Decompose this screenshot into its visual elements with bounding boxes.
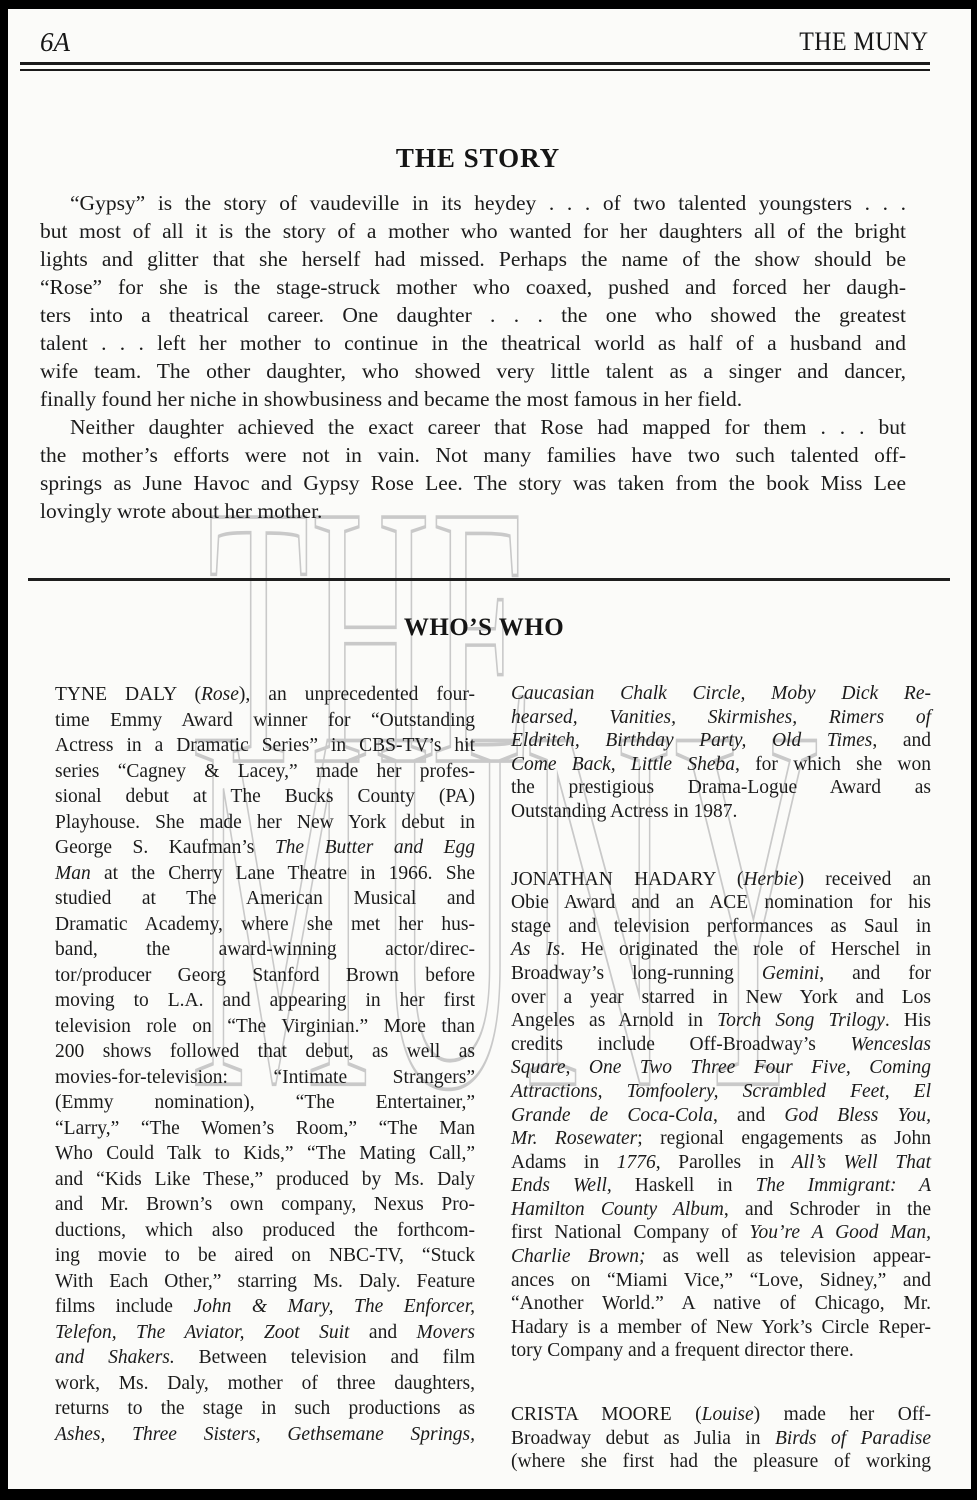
- text-segment: “Rose” for she is the stage-struck mothe…: [40, 275, 906, 299]
- text-segment: wife team. The other daughter, who showe…: [40, 359, 906, 383]
- text-line: With Each Other,” starring Ms. Daly. Fea…: [55, 1269, 475, 1295]
- text-line: tor/producer Georg Stanford Brown before: [55, 963, 475, 989]
- text-segment: studied at The American Musical and: [55, 888, 475, 909]
- text-line: “Rose” for she is the stage-struck mothe…: [40, 273, 906, 301]
- text-segment: time Emmy Award winner for “Outstanding: [55, 710, 475, 731]
- text-line: Square, One Two Three Four Five, Coming: [511, 1056, 931, 1080]
- text-line: Man at the Cherry Lane Theatre in 1966. …: [55, 861, 475, 887]
- text-line: the prestigious Drama-Logue Award as: [511, 776, 931, 800]
- text-segment: lovingly wrote about her mother.: [40, 499, 322, 523]
- text-segment: Dramatic Academy, where she met her hus-: [55, 914, 475, 935]
- text-line: springs as June Havoc and Gypsy Rose Lee…: [40, 469, 906, 497]
- text-line: Grande de Coca-Cola, and God Bless You,: [511, 1104, 931, 1128]
- text-segment: Playhouse. She made her New York debut i…: [55, 812, 475, 833]
- text-segment: Neither daughter achieved the exact care…: [70, 415, 906, 439]
- right-column: Caucasian Chalk Circle, Moby Dick Re-hea…: [511, 682, 931, 1474]
- text-segment: , and: [713, 1105, 784, 1126]
- italic-text-segment: Attractions, Tomfoolery, Scrambled Feet,…: [511, 1081, 931, 1102]
- text-line: Broadway’s long-running Gemini, and for: [511, 962, 931, 986]
- text-segment: Who Could Talk to Kids,” “The Mating Cal…: [55, 1143, 475, 1164]
- text-segment: “Gypsy” is the story of vaudeville in it…: [70, 191, 906, 215]
- text-segment: at the Cherry Lane Theatre in 1966. She: [91, 863, 475, 884]
- text-line: Ashes, Three Sisters, Gethsemane Springs…: [55, 1422, 475, 1448]
- text-line: Playhouse. She made her New York debut i…: [55, 810, 475, 836]
- text-segment: films include: [55, 1296, 193, 1317]
- italic-text-segment: Birds of Paradise: [775, 1428, 931, 1449]
- text-line: 200 shows followed that debut, as well a…: [55, 1039, 475, 1065]
- italic-text-segment: Gemini: [762, 963, 819, 984]
- bio-jonathan-hadary: JONATHAN HADARY (Herbie) received anObie…: [511, 868, 931, 1363]
- text-line: ing movie to be aired on NBC-TV, “Stuck: [55, 1243, 475, 1269]
- text-segment: the mother’s efforts were not in vain. N…: [40, 443, 906, 467]
- text-segment: Broadway’s long-running: [511, 963, 762, 984]
- text-line: ances on “Miami Vice,” “Love, Sidney,” a…: [511, 1269, 931, 1293]
- text-line: returns to the stage in such productions…: [55, 1396, 475, 1422]
- text-line: TYNE DALY (Rose), an unprecedented four-: [55, 682, 475, 708]
- text-line: Attractions, Tomfoolery, Scrambled Feet,…: [511, 1080, 931, 1104]
- text-line: “Another World.” A native of Chicago, Mr…: [511, 1292, 931, 1316]
- italic-text-segment: 1776: [617, 1152, 656, 1173]
- text-line: (where she first had the pleasure of wor…: [511, 1450, 931, 1474]
- text-line: moving to L.A. and appearing in her firs…: [55, 988, 475, 1014]
- text-line: stage and television performances as Sau…: [511, 915, 931, 939]
- text-line: time Emmy Award winner for “Outstanding: [55, 708, 475, 734]
- whos-who-columns: TYNE DALY (Rose), an unprecedented four-…: [55, 682, 931, 1474]
- text-line: sional debut at The Bucks County (PA): [55, 784, 475, 810]
- text-segment: , and: [872, 730, 931, 751]
- text-segment: ; regional engagements as John: [637, 1128, 931, 1149]
- text-line: Mr. Rosewater; regional engagements as J…: [511, 1127, 931, 1151]
- text-line: Caucasian Chalk Circle, Moby Dick Re-: [511, 682, 931, 706]
- text-segment: ters into a theatrical career. One daugh…: [40, 303, 906, 327]
- text-line: and Mr. Brown’s own company, Nexus Pro-: [55, 1192, 475, 1218]
- text-line: lights and glitter that she herself had …: [40, 245, 906, 273]
- text-line: Hamilton County Album, and Schroder in t…: [511, 1198, 931, 1222]
- italic-text-segment: The Butter and Egg: [275, 837, 475, 858]
- text-segment: band, the award-winning actor/direc-: [55, 939, 475, 960]
- text-line: Eldritch, Birthday Party, Old Times, and: [511, 729, 931, 753]
- italic-text-segment: and Shakers.: [55, 1347, 175, 1368]
- text-segment: TYNE DALY (: [55, 684, 201, 705]
- text-line: Hadary is a member of New York’s Circle …: [511, 1316, 931, 1340]
- text-segment: tor/producer Georg Stanford Brown before: [55, 965, 475, 986]
- italic-text-segment: Ashes, Three Sisters, Gethsemane Springs…: [55, 1424, 475, 1445]
- italic-text-segment: You’re A Good Man,: [749, 1222, 931, 1243]
- text-segment: Hadary is a member of New York’s Circle …: [511, 1317, 931, 1338]
- bio-tyne-daly: TYNE DALY (Rose), an unprecedented four-…: [55, 682, 475, 1447]
- text-line: first National Company of You’re A Good …: [511, 1221, 931, 1245]
- text-line: band, the award-winning actor/direc-: [55, 937, 475, 963]
- section-divider-rule: [28, 578, 950, 581]
- italic-text-segment: Movers: [417, 1322, 475, 1343]
- italic-text-segment: As Is: [511, 939, 560, 960]
- text-line: ductions, which also produced the forthc…: [55, 1218, 475, 1244]
- italic-text-segment: The Immigrant: A: [755, 1175, 931, 1196]
- text-line: “Larry,” “The Women’s Room,” “The Man: [55, 1116, 475, 1142]
- italic-text-segment: Eldritch, Birthday Party, Old Times: [511, 730, 872, 751]
- italic-text-segment: Wenceslas: [850, 1034, 931, 1055]
- text-segment: finally found her niche in showbusiness …: [40, 387, 742, 411]
- story-paragraph-2: Neither daughter achieved the exact care…: [40, 413, 906, 525]
- page-sheet: THE MUNY 6A THE MUNY THE STORY “Gypsy” i…: [8, 9, 971, 1489]
- text-segment: talent . . . left her mother to continue…: [40, 331, 906, 355]
- italic-text-segment: Torch Song Trilogy: [717, 1010, 885, 1031]
- text-line: ters into a theatrical career. One daugh…: [40, 301, 906, 329]
- text-segment: lights and glitter that she herself had …: [40, 247, 906, 271]
- text-segment: series “Cagney & Lacey,” made her profes…: [55, 761, 475, 782]
- text-segment: Obie Award and an ACE nomination for his: [511, 892, 931, 913]
- text-segment: Haskell in: [612, 1175, 756, 1196]
- italic-text-segment: Mr. Rosewater: [511, 1128, 637, 1149]
- text-segment: George S. Kaufman’s: [55, 837, 275, 858]
- italic-text-segment: Charlie Brown;: [511, 1246, 645, 1267]
- text-line: the mother’s efforts were not in vain. N…: [40, 441, 906, 469]
- text-line: and “Kids Like These,” produced by Ms. D…: [55, 1167, 475, 1193]
- text-segment: , and Schroder in the: [724, 1199, 931, 1220]
- text-segment: 200 shows followed that debut, as well a…: [55, 1041, 475, 1062]
- text-segment: Actress in a Dramatic Series” in CBS-TV’…: [55, 735, 475, 756]
- italic-text-segment: Herbie: [743, 869, 797, 890]
- text-line: films include John & Mary, The Enforcer,: [55, 1294, 475, 1320]
- text-line: Broadway debut as Julia in Birds of Para…: [511, 1427, 931, 1451]
- text-segment: ductions, which also produced the forthc…: [55, 1220, 475, 1241]
- story-paragraph-1: “Gypsy” is the story of vaudeville in it…: [40, 189, 906, 413]
- text-line: JONATHAN HADARY (Herbie) received an: [511, 868, 931, 892]
- italic-text-segment: Come Back, Little Sheba: [511, 754, 735, 775]
- text-line: but most of all it is the story of a mot…: [40, 217, 906, 245]
- text-line: “Gypsy” is the story of vaudeville in it…: [40, 189, 906, 217]
- text-line: Neither daughter achieved the exact care…: [40, 413, 906, 441]
- bio-tyne-daly-continued: Caucasian Chalk Circle, Moby Dick Re-hea…: [511, 682, 931, 824]
- text-segment: first National Company of: [511, 1222, 749, 1243]
- text-segment: JONATHAN HADARY (: [511, 869, 743, 890]
- story-heading: THE STORY: [8, 143, 948, 174]
- text-line: series “Cagney & Lacey,” made her profes…: [55, 759, 475, 785]
- text-segment: credits include Off-Broadway’s: [511, 1034, 850, 1055]
- text-segment: (Emmy nomination), “The Entertainer,”: [55, 1092, 475, 1113]
- italic-text-segment: Square, One Two Three Four Five, Coming: [511, 1057, 931, 1078]
- page-number: 6A: [40, 27, 70, 57]
- text-segment: springs as June Havoc and Gypsy Rose Lee…: [40, 471, 906, 495]
- text-segment: , Parolles in: [656, 1152, 792, 1173]
- text-segment: the prestigious Drama-Logue Award as: [511, 777, 931, 798]
- italic-text-segment: John & Mary, The Enforcer,: [193, 1296, 475, 1317]
- publication-title: THE MUNY: [799, 27, 928, 57]
- text-segment: “Larry,” “The Women’s Room,” “The Man: [55, 1118, 475, 1139]
- text-segment: work, Ms. Daly, mother of three daughter…: [55, 1373, 475, 1394]
- text-line: work, Ms. Daly, mother of three daughter…: [55, 1371, 475, 1397]
- text-segment: stage and television performances as Sau…: [511, 916, 931, 937]
- text-segment: , for which she won: [735, 754, 931, 775]
- text-segment: “Another World.” A native of Chicago, Mr…: [511, 1293, 931, 1314]
- masthead-rule-top: [20, 62, 930, 65]
- text-segment: Between television and film: [175, 1347, 475, 1368]
- italic-text-segment: Grande de Coca-Cola: [511, 1105, 713, 1126]
- text-line: CRISTA MOORE (Louise) made her Off-: [511, 1403, 931, 1427]
- text-segment: returns to the stage in such productions…: [55, 1398, 475, 1419]
- italic-text-segment: Caucasian Chalk Circle, Moby Dick Re-: [511, 683, 931, 704]
- italic-text-segment: Man: [55, 863, 91, 884]
- text-segment: CRISTA MOORE (: [511, 1404, 702, 1425]
- italic-text-segment: hearsed, Vanities, Skirmishes, Rimers of: [511, 707, 931, 728]
- text-segment: television role on “The Virginian.” More…: [55, 1016, 475, 1037]
- text-line: wife team. The other daughter, who showe…: [40, 357, 906, 385]
- text-segment: ), an unprecedented four-: [239, 684, 475, 705]
- text-segment: . His: [885, 1010, 931, 1031]
- text-segment: , and for: [819, 963, 931, 984]
- text-segment: ing movie to be aired on NBC-TV, “Stuck: [55, 1245, 475, 1266]
- text-segment: tory Company and a frequent director the…: [511, 1340, 854, 1361]
- story-section: “Gypsy” is the story of vaudeville in it…: [40, 189, 906, 525]
- text-segment: (where she first had the pleasure of wor…: [511, 1451, 931, 1472]
- text-line: credits include Off-Broadway’s Wenceslas: [511, 1033, 931, 1057]
- text-segment: ances on “Miami Vice,” “Love, Sidney,” a…: [511, 1270, 931, 1291]
- text-line: Dramatic Academy, where she met her hus-: [55, 912, 475, 938]
- text-line: finally found her niche in showbusiness …: [40, 385, 906, 413]
- text-segment: and Mr. Brown’s own company, Nexus Pro-: [55, 1194, 475, 1215]
- text-line: (Emmy nomination), “The Entertainer,”: [55, 1090, 475, 1116]
- text-line: Outstanding Actress in 1987.: [511, 800, 931, 824]
- text-line: and Shakers. Between television and film: [55, 1345, 475, 1371]
- text-segment: Adams in: [511, 1152, 617, 1173]
- italic-text-segment: Rose: [201, 684, 239, 705]
- italic-text-segment: Telefon, The Aviator, Zoot Suit: [55, 1322, 349, 1343]
- text-segment: and: [349, 1322, 416, 1343]
- bio-crista-moore: CRISTA MOORE (Louise) made her Off-Broad…: [511, 1403, 931, 1474]
- text-line: Adams in 1776, Parolles in All’s Well Th…: [511, 1151, 931, 1175]
- italic-text-segment: Ends Well,: [511, 1175, 612, 1196]
- text-segment: and “Kids Like These,” produced by Ms. D…: [55, 1169, 475, 1190]
- text-line: George S. Kaufman’s The Butter and Egg: [55, 835, 475, 861]
- text-line: Ends Well, Haskell in The Immigrant: A: [511, 1174, 931, 1198]
- text-line: talent . . . left her mother to continue…: [40, 329, 906, 357]
- text-line: over a year starred in New York and Los: [511, 986, 931, 1010]
- text-line: hearsed, Vanities, Skirmishes, Rimers of: [511, 706, 931, 730]
- text-line: studied at The American Musical and: [55, 886, 475, 912]
- text-line: Obie Award and an ACE nomination for his: [511, 891, 931, 915]
- left-column: TYNE DALY (Rose), an unprecedented four-…: [55, 682, 475, 1474]
- text-segment: sional debut at The Bucks County (PA): [55, 786, 475, 807]
- text-line: television role on “The Virginian.” More…: [55, 1014, 475, 1040]
- text-line: tory Company and a frequent director the…: [511, 1339, 931, 1363]
- italic-text-segment: All’s Well That: [792, 1152, 931, 1173]
- text-line: Angeles as Arnold in Torch Song Trilogy.…: [511, 1009, 931, 1033]
- text-line: As Is. He originated the role of Hersche…: [511, 938, 931, 962]
- italic-text-segment: God Bless You,: [784, 1105, 931, 1126]
- text-segment: movies-for-television: “Intimate Strange…: [55, 1067, 475, 1088]
- text-segment: ) made her Off-: [754, 1404, 931, 1425]
- text-segment: over a year starred in New York and Los: [511, 987, 931, 1008]
- text-segment: moving to L.A. and appearing in her firs…: [55, 990, 475, 1011]
- masthead: 6A THE MUNY: [40, 27, 928, 57]
- text-line: Telefon, The Aviator, Zoot Suit and Move…: [55, 1320, 475, 1346]
- text-line: lovingly wrote about her mother.: [40, 497, 906, 525]
- text-segment: but most of all it is the story of a mot…: [40, 219, 906, 243]
- italic-text-segment: Hamilton County Album: [511, 1199, 724, 1220]
- scanned-program-page: { "page": { "page_number": "6A", "public…: [0, 0, 977, 1500]
- text-segment: With Each Other,” starring Ms. Daly. Fea…: [55, 1271, 475, 1292]
- text-segment: Broadway debut as Julia in: [511, 1428, 775, 1449]
- text-segment: as well as television appear-: [645, 1246, 931, 1267]
- text-line: Actress in a Dramatic Series” in CBS-TV’…: [55, 733, 475, 759]
- text-line: Charlie Brown; as well as television app…: [511, 1245, 931, 1269]
- text-segment: ) received an: [798, 869, 931, 890]
- text-segment: Angeles as Arnold in: [511, 1010, 717, 1031]
- text-line: Come Back, Little Sheba, for which she w…: [511, 753, 931, 777]
- text-line: movies-for-television: “Intimate Strange…: [55, 1065, 475, 1091]
- whos-who-heading: WHO’S WHO: [8, 614, 960, 642]
- text-line: Who Could Talk to Kids,” “The Mating Cal…: [55, 1141, 475, 1167]
- italic-text-segment: Louise: [702, 1404, 754, 1425]
- masthead-rule-bottom: [20, 69, 930, 72]
- text-segment: Outstanding Actress in 1987.: [511, 801, 737, 822]
- text-segment: . He originated the role of Herschel in: [560, 939, 931, 960]
